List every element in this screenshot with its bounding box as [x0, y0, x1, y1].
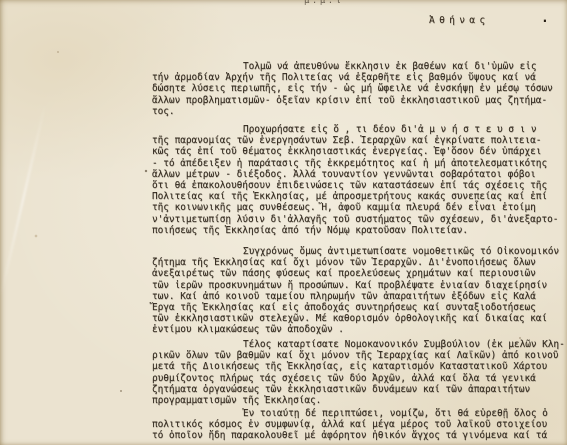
text-line: τῶν ἐκκλησιαστικῶν στελεχῶν. Μέ καθορισμ…	[152, 313, 567, 324]
text-line: Ἔργα τῆς Ἐκκλησίας καί εἰς ἀποδοχάς συντ…	[152, 302, 567, 313]
text-line: δώσητε λύσεις περιωπῆς, εἰς τήν - ὡς μή …	[152, 83, 567, 94]
scanned-letter-page: μ.μ.ι Ἀθήνας . Τολμῶ νά ἀπευθύνω ἔκκλησι…	[0, 0, 567, 445]
text-line: ζήτημα τῆς Ἐκκλησίας καί ὄχι μόνον τῶν Ἱ…	[152, 257, 567, 268]
text-line: Πολιτείας καί τῆς Ἐκκλησίας, μέ ἀπροσμετ…	[152, 191, 567, 202]
text-line: ζητήματα ὀργανώσεως τῶν ἐκκλησιαστικῶν δ…	[152, 384, 567, 395]
text-line: ρυθμίζοντος πλήρως τάς σχέσεις τῶν δύο Ἀ…	[152, 373, 567, 384]
paragraph-3: Συγχρόνως ὅμως ἀντιμετωπίσατε νομοθετικῶ…	[152, 246, 567, 336]
text-line: Προχωρήσατε εἰς ὅ , τι δέον δι'ἀ μ ν ή σ…	[152, 124, 567, 135]
text-line: ρικῶν ὅλων τῶν βαθμῶν καί ὄχι μόνον τῆς …	[152, 350, 567, 361]
paragraph-5: Ἐν τοιαύτῃ δέ περιπτώσει, νομίζω, ὅτι θά…	[152, 408, 567, 442]
text-line: προγραμματισμῶν τῆς Ἐκκλησίας.	[152, 395, 567, 406]
text-line: Τέλος καταρτίσατε Νομοκανονικόν Συμβούλι…	[152, 339, 567, 350]
text-line: - τό ἀπέδειξεν ἡ παράτασις τῆς ἐκκρεμότη…	[152, 158, 567, 169]
text-line: πολιτικός κόσμος ἐν συμφωνίᾳ, ἀλλά καί μ…	[152, 419, 567, 430]
text-line: τήν ἁρμοδίαν Ἀρχήν τῆς Πολιτείας νά ἐξαρ…	[152, 72, 567, 83]
text-line: τῆς παρανομίας τῶν ἐνεργησάντων Σεβ. Ἱερ…	[152, 135, 567, 146]
text-line: ἄλλων προβληματισμῶν- ὀξεῖαν κρίσιν ἐπί …	[152, 95, 567, 106]
paper-crease	[0, 102, 46, 297]
text-line: τῶν ἱερῶν προσκυνημάτων ἤ προσώπων. Καί …	[152, 280, 567, 291]
paragraph-2: Προχωρήσατε εἰς ὅ , τι δέον δι'ἀ μ ν ή σ…	[152, 124, 567, 236]
text-line: ἀνεξαιρέτως τῶν πάσης φύσεως καί προελεύ…	[152, 268, 567, 279]
cut-off-line-fragment: μ.μ.ι	[304, 0, 374, 6]
text-line: μετά τῆς Διοικήσεως τῆς Ἐκκλησίας, εἰς κ…	[152, 361, 567, 372]
text-line: ποιήσεως τῆς Ἐκκλησίας ἀπό τήν Νόμῳ κρατ…	[152, 225, 567, 236]
text-line: ν'ἀντιμετωπίσῃ λύσιν δι'ἀλλαγῆς τοῦ συστ…	[152, 214, 567, 225]
dateline-place: Ἀθήνας	[429, 15, 489, 26]
text-line: Συγχρόνως ὅμως ἀντιμετωπίσατε νομοθετικῶ…	[152, 246, 567, 257]
text-line: ἄλλων μέτρων - διέξοδος. Ἀλλά τουναντίον…	[152, 169, 567, 180]
text-line: τῆς κοινωνικῆς μας συνθέσεως. Ἤ, ἀφοῦ κα…	[152, 202, 567, 213]
text-line: τος.	[152, 106, 567, 117]
text-line: των. Καί ἀπό κοινοῦ ταμείου πληρωμήν τῶν…	[152, 291, 567, 302]
text-line: τό ὁποῖον ἤδη παρακολουθεῖ μέ ἀφόρητον ἠ…	[152, 430, 567, 441]
cut-off-line-fragment-text: μ.μ.ι	[304, 0, 374, 6]
dateline-dot: .	[541, 11, 549, 26]
text-line: ὅτι θά ἐπακολουθήσουν ἐπιδεινώσεις τῶν κ…	[152, 180, 567, 191]
text-line: Ἐν τοιαύτῃ δέ περιπτώσει, νομίζω, ὅτι θά…	[152, 408, 567, 419]
paragraph-1: Τολμῶ νά ἀπευθύνω ἔκκλησιν ἐκ βαθέων καί…	[152, 61, 567, 117]
text-line: ἐντίμου κλιμακώσεως τῶν ἀποδοχῶν .	[152, 324, 567, 335]
text-line: Τολμῶ νά ἀπευθύνω ἔκκλησιν ἐκ βαθέων καί…	[152, 61, 567, 72]
paragraph-4: Τέλος καταρτίσατε Νομοκανονικόν Συμβούλι…	[152, 339, 567, 406]
text-line: κῶς τάς ἐπί τοῦ θέματος ἐκκλησιαστικάς ἐ…	[152, 146, 567, 157]
